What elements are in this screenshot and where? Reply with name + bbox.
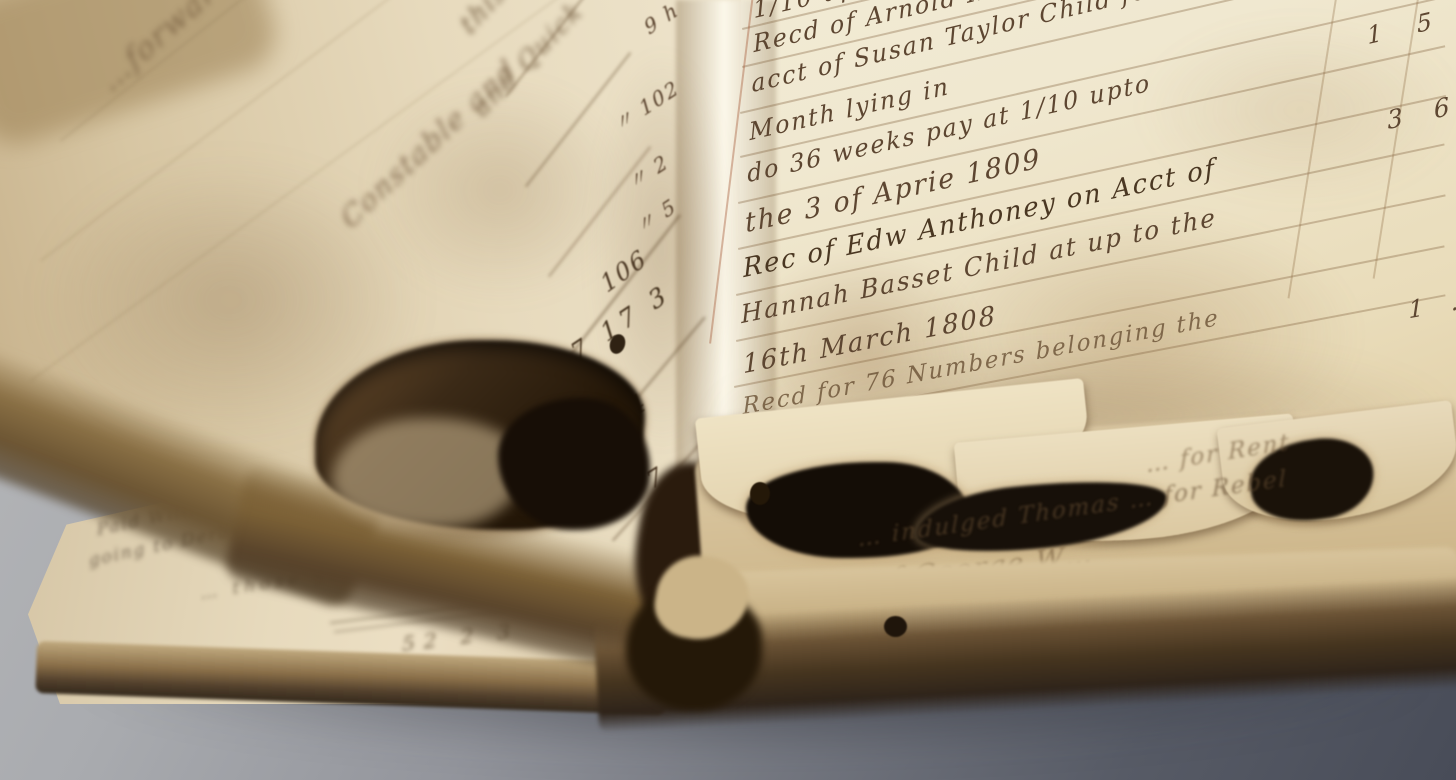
ink-blot (750, 482, 770, 505)
photograph-of-damaged-ledger: Paid William… going to Derby … those goi… (0, 0, 1456, 780)
damp-stain (370, 80, 630, 300)
ink-blot (884, 616, 907, 637)
hole-underlayer-paper (332, 418, 522, 528)
left-page-hole-deep (498, 398, 650, 530)
